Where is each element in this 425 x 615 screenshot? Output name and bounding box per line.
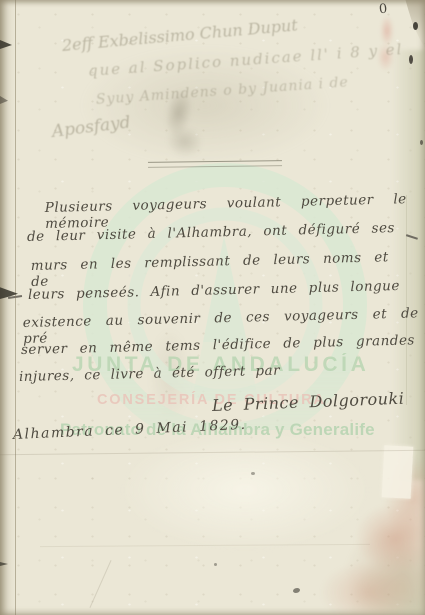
page-number-mark: 0	[378, 2, 387, 18]
ink-speck	[413, 22, 418, 30]
ink-speck	[420, 140, 423, 145]
manuscript-page: JUNTA DE ANDALUCÍA CONSEJERÍA DE CULTURA…	[0, 0, 425, 615]
ink-speck	[409, 55, 413, 64]
binding-edge	[0, 0, 16, 615]
ink-speck	[251, 472, 255, 475]
ink-speck	[214, 563, 217, 566]
